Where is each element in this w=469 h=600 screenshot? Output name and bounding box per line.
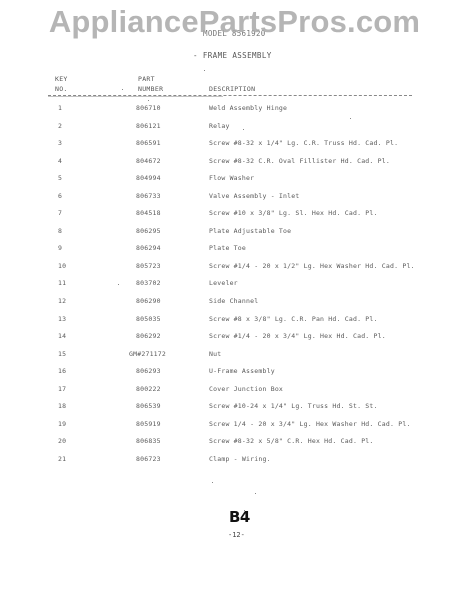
scan-speck [350, 118, 351, 119]
scan-speck [118, 284, 119, 285]
key-number: 10 [58, 262, 78, 270]
table-row: 16806293U-Frame Assembly [0, 367, 469, 385]
column-header-part-line2: NUMBER [138, 84, 163, 94]
part-description: Cover Junction Box [209, 385, 283, 393]
part-description: U-Frame Assembly [209, 367, 275, 375]
key-number: 11 [58, 279, 78, 287]
part-number: 806835 [136, 437, 161, 445]
page-code: B4 [229, 508, 250, 526]
table-row: 19805919Screw 1/4 - 20 x 3/4" Lg. Hex Wa… [0, 420, 469, 438]
part-description: Screw #1/4 - 20 x 1/2" Lg. Hex Washer Hd… [209, 262, 415, 270]
key-number: 9 [58, 244, 78, 252]
column-header-key: KEY NO. [55, 74, 68, 94]
part-number: 805919 [136, 420, 161, 428]
table-row: 11803702Leveler [0, 279, 469, 297]
part-description: Screw #8-32 x 1/4" Lg. C.R. Truss Hd. Ca… [209, 139, 398, 147]
part-number: 806591 [136, 139, 161, 147]
part-description: Valve Assembly - Inlet [209, 192, 300, 200]
part-description: Plate Toe [209, 244, 246, 252]
table-row: 10805723Screw #1/4 - 20 x 1/2" Lg. Hex W… [0, 262, 469, 280]
part-description: Screw #8-32 C.R. Oval Fillister Hd. Cad.… [209, 157, 390, 165]
part-description: Plate Adjustable Toe [209, 227, 291, 235]
page-number: -12- [228, 531, 245, 539]
part-number: 800222 [136, 385, 161, 393]
key-number: 16 [58, 367, 78, 375]
table-row: 3806591Screw #8-32 x 1/4" Lg. C.R. Truss… [0, 139, 469, 157]
part-description: Relay [209, 122, 230, 130]
scan-speck [244, 510, 245, 511]
part-number: 806121 [136, 122, 161, 130]
part-number: 806710 [136, 104, 161, 112]
part-number: 806723 [136, 455, 161, 463]
column-header-description: DESCRIPTION [209, 84, 255, 94]
part-number: 806539 [136, 402, 161, 410]
table-row: 18806539Screw #10-24 x 1/4" Lg. Truss Hd… [0, 402, 469, 420]
key-number: 15 [58, 350, 78, 358]
scan-speck [212, 482, 213, 483]
key-number: 4 [58, 157, 78, 165]
header-divider-underline [48, 96, 223, 97]
part-number: 804518 [136, 209, 161, 217]
key-number: 14 [58, 332, 78, 340]
table-row: 14806292Screw #1/4 - 20 x 3/4" Lg. Hex H… [0, 332, 469, 350]
column-header-key-line2: NO. [55, 84, 68, 94]
scan-speck [148, 100, 149, 101]
key-number: 3 [58, 139, 78, 147]
column-header-part-line1: PART [138, 74, 163, 84]
part-description: Screw #8 x 3/8" Lg. C.R. Pan Hd. Cad. Pl… [209, 315, 378, 323]
key-number: 1 [58, 104, 78, 112]
key-number: 20 [58, 437, 78, 445]
section-title: - FRAME ASSEMBLY [193, 51, 272, 60]
part-number: 806292 [136, 332, 161, 340]
key-number: 7 [58, 209, 78, 217]
column-header-part: PART NUMBER [138, 74, 163, 94]
part-description: Side Channel [209, 297, 258, 305]
table-row: 13805035Screw #8 x 3/8" Lg. C.R. Pan Hd.… [0, 315, 469, 333]
part-number: 806294 [136, 244, 161, 252]
scan-speck [255, 493, 256, 494]
part-number: 806293 [136, 367, 161, 375]
part-description: Nut [209, 350, 221, 358]
part-description: Screw 1/4 - 20 x 3/4" Lg. Hex Washer Hd.… [209, 420, 411, 428]
table-row: 5804994Flow Washer [0, 174, 469, 192]
table-row: 7804518Screw #10 x 3/8" Lg. Sl. Hex Hd. … [0, 209, 469, 227]
part-number: 804994 [136, 174, 161, 182]
table-row: 17800222Cover Junction Box [0, 385, 469, 403]
part-description: Weld Assembly Hinge [209, 104, 287, 112]
table-row: 1806710Weld Assembly Hinge [0, 104, 469, 122]
part-description: Screw #1/4 - 20 x 3/4" Lg. Hex Hd. Cad. … [209, 332, 386, 340]
table-row: 9806294Plate Toe [0, 244, 469, 262]
key-number: 8 [58, 227, 78, 235]
model-number: MODEL 8561920 [203, 29, 266, 38]
part-number: 805035 [136, 315, 161, 323]
table-row: 15GM#271172Nut [0, 350, 469, 368]
table-row: 6806733Valve Assembly - Inlet [0, 192, 469, 210]
table-row: 4804672Screw #8-32 C.R. Oval Fillister H… [0, 157, 469, 175]
column-header-key-line1: KEY [55, 74, 68, 84]
key-number: 18 [58, 402, 78, 410]
part-number: 806733 [136, 192, 161, 200]
key-number: 13 [58, 315, 78, 323]
part-description: Flow Washer [209, 174, 254, 182]
part-description: Leveler [209, 279, 238, 287]
part-number: 806295 [136, 227, 161, 235]
key-number: 12 [58, 297, 78, 305]
scan-speck [204, 70, 205, 71]
key-number: 19 [58, 420, 78, 428]
part-number: 803702 [136, 279, 161, 287]
key-number: 2 [58, 122, 78, 130]
key-number: 5 [58, 174, 78, 182]
table-row: 12806290Side Channel [0, 297, 469, 315]
part-number: 806290 [136, 297, 161, 305]
key-number: 17 [58, 385, 78, 393]
part-number: 805723 [136, 262, 161, 270]
scan-speck [243, 129, 244, 130]
table-row: 20806835Screw #8-32 x 5/8" C.R. Hex Hd. … [0, 437, 469, 455]
key-number: 6 [58, 192, 78, 200]
parts-table: 1806710Weld Assembly Hinge 2806121Relay … [0, 104, 469, 472]
part-description: Clamp - Wiring. [209, 455, 271, 463]
table-row: 2806121Relay [0, 122, 469, 140]
table-row: 21806723Clamp - Wiring. [0, 455, 469, 473]
part-number: GM#271172 [129, 350, 166, 358]
part-description: Screw #10-24 x 1/4" Lg. Truss Hd. St. St… [209, 402, 378, 410]
scan-speck [122, 89, 123, 90]
part-description: Screw #8-32 x 5/8" C.R. Hex Hd. Cad. Pl. [209, 437, 374, 445]
part-description: Screw #10 x 3/8" Lg. Sl. Hex Hd. Cad. Pl… [209, 209, 378, 217]
part-number: 804672 [136, 157, 161, 165]
key-number: 21 [58, 455, 78, 463]
table-row: 8806295Plate Adjustable Toe [0, 227, 469, 245]
